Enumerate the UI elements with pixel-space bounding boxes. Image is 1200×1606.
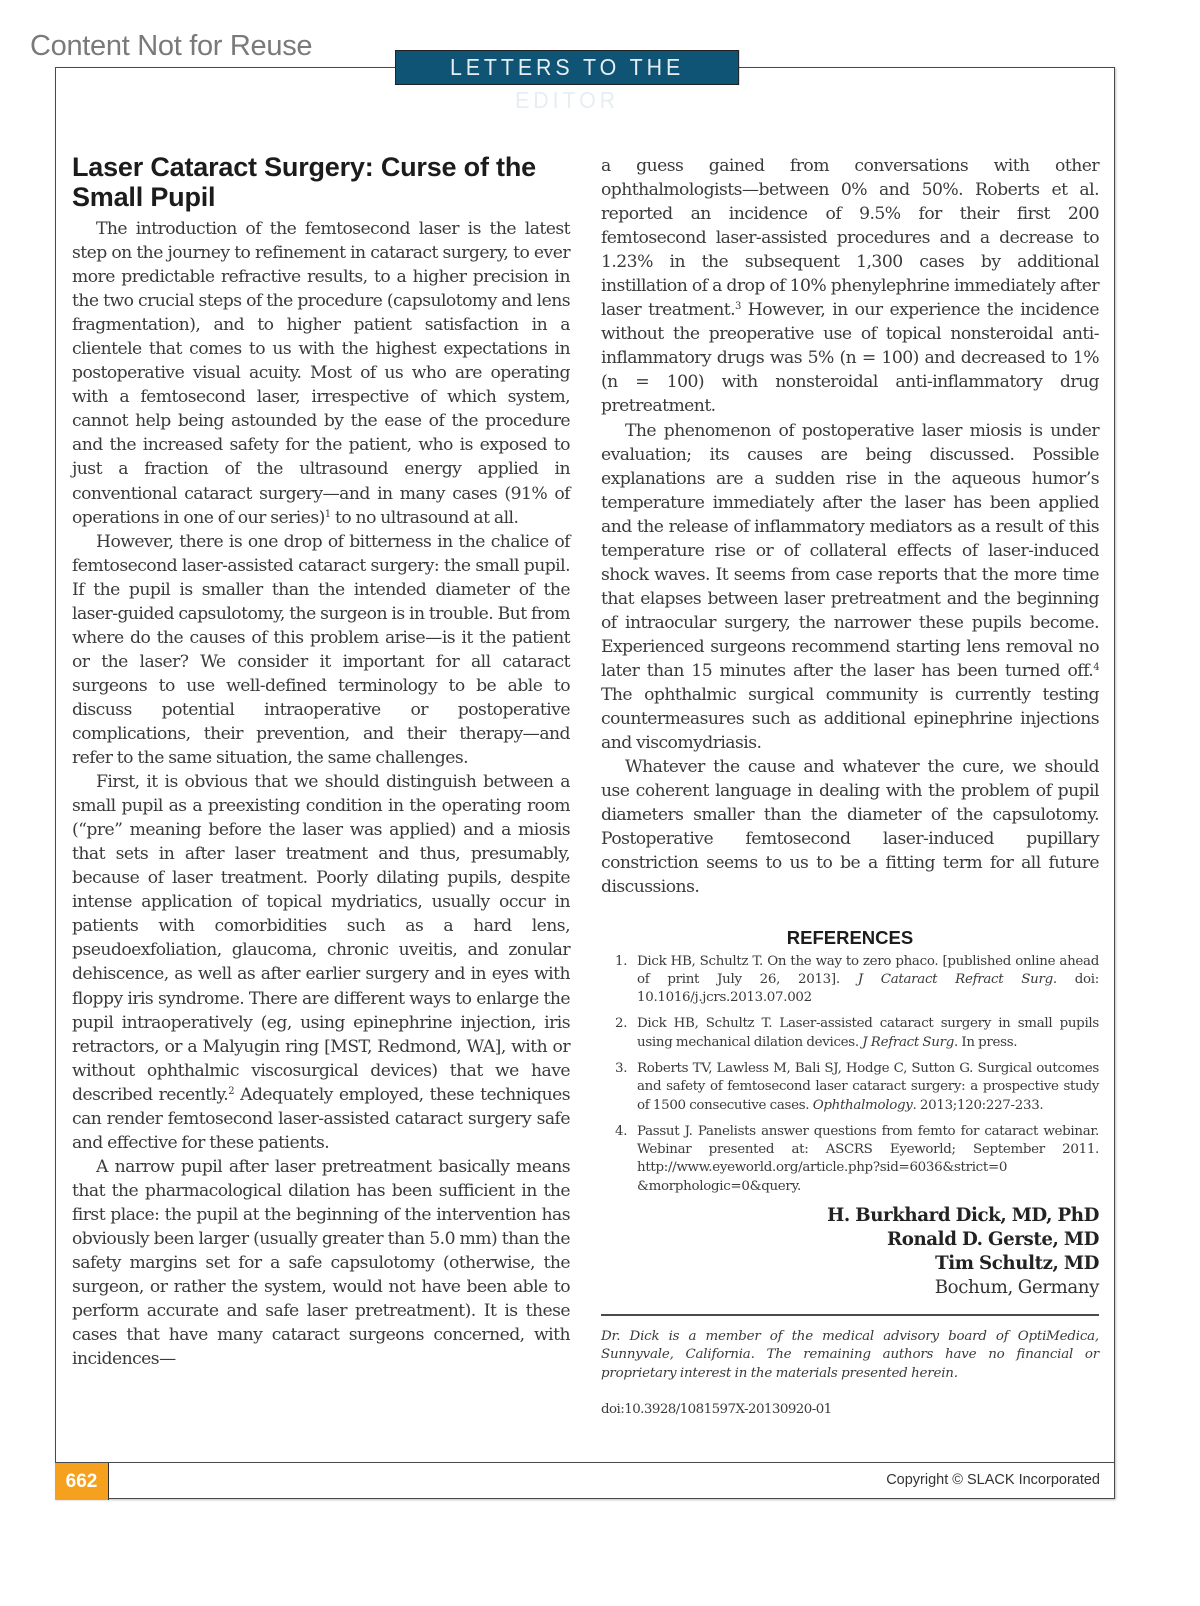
references-heading: REFERENCES — [601, 926, 1099, 950]
reference-number: 3. — [615, 1060, 627, 1078]
left-column: Laser Cataract Surgery: Curse of the Sma… — [72, 152, 570, 1371]
paragraph: The phenomenon of postoperative laser mi… — [601, 419, 1099, 756]
paragraph: First, it is obvious that we should dist… — [72, 770, 570, 1155]
author-location: Bochum, Germany — [601, 1276, 1099, 1300]
section-label: LETTERS TO THE EDITOR — [395, 50, 739, 85]
paragraph: Whatever the cause and whatever the cure… — [601, 755, 1099, 899]
paragraph-text: Whatever the cause and whatever the cure… — [601, 757, 1099, 897]
paragraph-text: First, it is obvious that we should dist… — [72, 772, 570, 1105]
paragraph: However, there is one drop of bitterness… — [72, 530, 570, 770]
copyright-text: Copyright © SLACK Incorporated — [886, 1472, 1100, 1488]
reference-number: 2. — [615, 1015, 627, 1033]
reference-item: 1.Dick HB, Schultz T. On the way to zero… — [601, 953, 1099, 1008]
reference-number: 1. — [615, 953, 627, 971]
paragraph-text: A narrow pupil after laser pretreatment … — [72, 1157, 570, 1369]
disclosure-note: Dr. Dick is a member of the medical advi… — [601, 1328, 1099, 1383]
citation-marker: 4 — [1093, 662, 1099, 673]
reference-journal: J Cataract Refract Surg — [858, 972, 1053, 987]
article-title: Laser Cataract Surgery: Curse of the Sma… — [72, 152, 570, 212]
paragraph-text: to no ultrasound at all. — [331, 508, 519, 528]
doi-text: doi:10.3928/1081597X-20130920-01 — [601, 1401, 1099, 1419]
paragraph-text: However, there is one drop of bitterness… — [72, 532, 570, 768]
reference-text: . 2013;120:227-233. — [913, 1098, 1044, 1113]
divider — [601, 1314, 1099, 1316]
author-block: H. Burkhard Dick, MD, PhD Ronald D. Gers… — [601, 1204, 1099, 1300]
reference-number: 4. — [615, 1123, 627, 1141]
reference-item: 3.Roberts TV, Lawless M, Bali SJ, Hodge … — [601, 1060, 1099, 1115]
paragraph: A narrow pupil after laser pretreatment … — [72, 1155, 570, 1371]
reference-journal: J Refract Surg — [862, 1035, 954, 1050]
reference-item: 2.Dick HB, Schultz T. Laser-assisted cat… — [601, 1015, 1099, 1052]
paragraph-text: a guess gained from conversations with o… — [601, 156, 1099, 320]
paragraph-text: The phenomenon of postoperative laser mi… — [601, 421, 1099, 681]
reference-item: 4.Passut J. Panelists answer questions f… — [601, 1123, 1099, 1196]
reference-text: Passut J. Panelists answer questions fro… — [637, 1124, 1099, 1194]
reference-text: . In press. — [954, 1035, 1017, 1050]
paragraph-text: The ophthalmic surgical community is cur… — [601, 685, 1099, 753]
paragraph: The introduction of the femtosecond lase… — [72, 217, 570, 530]
author-name: Ronald D. Gerste, MD — [601, 1228, 1099, 1252]
paragraph: a guess gained from conversations with o… — [601, 154, 1099, 419]
references-list: 1.Dick HB, Schultz T. On the way to zero… — [601, 953, 1099, 1197]
paragraph-text: The introduction of the femtosecond lase… — [72, 219, 570, 528]
right-column: a guess gained from conversations with o… — [601, 154, 1099, 1419]
page-number: 662 — [55, 1463, 109, 1500]
reference-journal: Ophthalmology — [813, 1098, 913, 1113]
author-name: H. Burkhard Dick, MD, PhD — [601, 1204, 1099, 1228]
watermark-text: Content Not for Reuse — [30, 30, 312, 63]
author-name: Tim Schultz, MD — [601, 1252, 1099, 1276]
